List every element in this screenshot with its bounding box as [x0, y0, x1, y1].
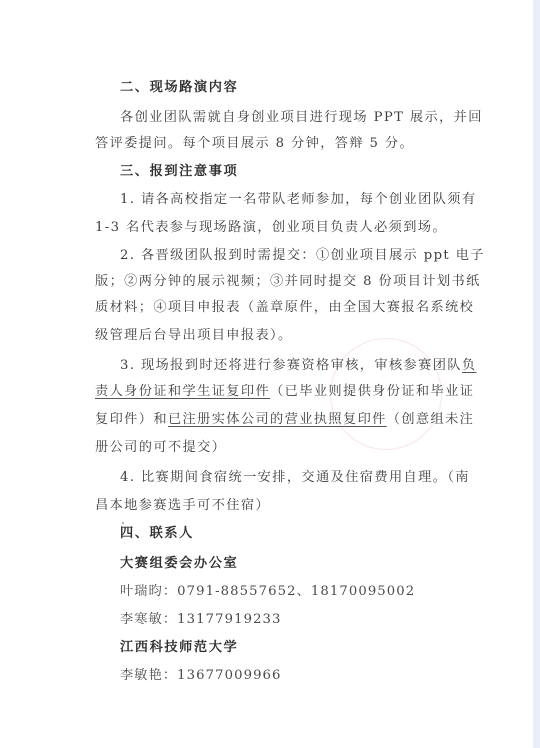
contact-org: 江西科技师范大学 [120, 638, 520, 658]
paragraph-line: 责人身份证和学生证复印件（已毕业则提供身份证和毕业证 [95, 382, 495, 402]
paragraph-line: 答评委提问。每个项目展示 8 分钟，答辩 5 分。 [95, 134, 495, 154]
text-run: （创意组未注 [387, 412, 475, 427]
paragraph-line: 版；②两分钟的展示视频；③并同时提交 8 份项目计划书纸 [95, 272, 495, 292]
section-heading-roadshow: 二、现场路演内容 [120, 78, 520, 98]
paragraph-line: 2. 各晋级团队报到时需提交：①创业项目展示 ppt 电子 [120, 246, 520, 266]
contact-person: 叶瑞昀：0791-88557652、18170095002 [120, 582, 520, 602]
paragraph-line: 1. 请各高校指定一名带队老师参加，每个创业团队须有 [120, 190, 520, 210]
paragraph-line: 昌本地参赛选手可不住宿） [95, 496, 495, 516]
viewer-edge-strip [533, 0, 540, 748]
paragraph-line: 4. 比赛期间食宿统一安排，交通及住宿费用自理。（南 [120, 468, 520, 488]
paragraph-line: 质材料；④项目申报表（盖章原件，由全国大赛报名系统校 [95, 298, 495, 318]
text-run: 复印件）和 [95, 412, 168, 427]
paragraph-line: 1-3 名代表参与现场路演，创业项目负责人必须到场。 [95, 218, 495, 238]
underlined-text: 负 [462, 358, 477, 373]
underlined-text: 责人身份证和学生证复印件 [95, 384, 270, 399]
paragraph-line: 各创业团队需就自身创业项目进行现场 PPT 展示，并回 [120, 108, 520, 128]
paragraph-line: 册公司的可不提交） [95, 438, 495, 458]
paragraph-line: 级管理后台导出项目申报表）。 [95, 326, 495, 346]
contact-person: 李敏艳：13677009966 [120, 666, 520, 686]
paragraph-line: 复印件）和已注册实体公司的营业执照复印件（创意组未注 [95, 410, 495, 430]
text-run: （已毕业则提供身份证和毕业证 [270, 384, 474, 399]
section-heading-contacts: 四、联系人 [120, 524, 520, 544]
document-page: 二、现场路演内容 各创业团队需就自身创业项目进行现场 PPT 展示，并回 答评委… [0, 0, 533, 748]
contact-org: 大赛组委会办公室 [120, 554, 520, 574]
underlined-text: 已注册实体公司的营业执照复印件 [168, 412, 387, 427]
paragraph-line: 3. 现场报到时还将进行参赛资格审核，审核参赛团队负 [120, 356, 520, 376]
section-heading-checkin: 三、报到注意事项 [120, 162, 520, 182]
contact-person: 李寒敏：13177919233 [120, 610, 520, 630]
text-run: 3. 现场报到时还将进行参赛资格审核，审核参赛团队 [120, 358, 462, 373]
